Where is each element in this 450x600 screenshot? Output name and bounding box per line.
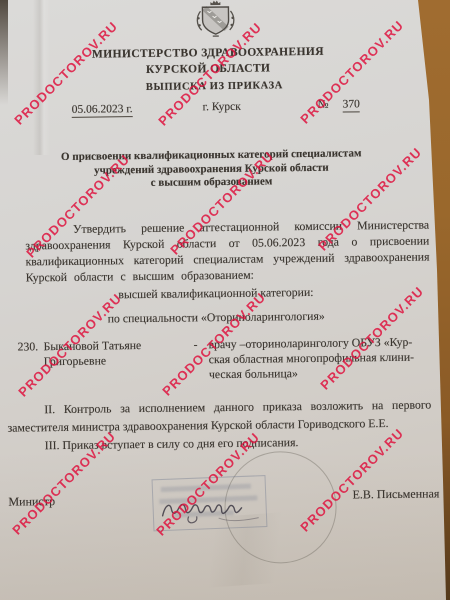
coat-of-arms-icon xyxy=(192,0,238,38)
desk-edge-shadow xyxy=(0,0,8,105)
specialist-entry: 230. Быкановой Татьяне Григорьевне - вра… xyxy=(0,334,430,339)
order-items: II. Контроль за исполнением данного прик… xyxy=(7,396,432,455)
entry-description: врачу –оториноларингологу ОБУЗ «Кур- ска… xyxy=(208,335,419,383)
document-number: №370 xyxy=(318,98,360,111)
signer-position: Министр xyxy=(8,494,55,510)
entry-name-line1: Быкановой Татьяне xyxy=(43,337,188,354)
signer-name: Е.В. Письменная xyxy=(352,486,439,502)
order-paragraph-1: Утвердить решение аттестационной комисси… xyxy=(25,217,430,286)
specialty-heading: по специальности «Оториноларингология» xyxy=(16,308,416,328)
entry-desc-line2: ская областная многопрофильная клини- xyxy=(209,350,419,368)
entry-name-line2: Григорьевне xyxy=(44,353,189,370)
entry-number: 230. xyxy=(17,339,38,354)
number-value: 370 xyxy=(343,98,360,112)
document-type-heading: ВЫПИСКА ИЗ ПРИКАЗА xyxy=(14,79,414,95)
order-title: О присвоении квалификационных категорий … xyxy=(11,147,411,193)
paper-sheet: МИНИСТЕРСТВО ЗДРАВООХРАНЕНИЯ КУРСКОЙ ОБЛ… xyxy=(0,0,450,600)
entry-name: Быкановой Татьяне Григорьевне xyxy=(43,337,188,369)
order-item-2: II. Контроль за исполнением данного прик… xyxy=(7,396,431,436)
category-heading: высшей квалификационной категории: xyxy=(16,284,416,304)
entry-separator: - xyxy=(193,337,197,352)
ministry-name: МИНИСТЕРСТВО ЗДРАВООХРАНЕНИЯ КУРСКОЙ ОБЛ… xyxy=(8,44,408,80)
document-city: г. Курск xyxy=(203,101,241,113)
document-date: 05.06.2023 г. xyxy=(72,103,133,116)
entry-desc-line3: ческая больница» xyxy=(209,365,419,383)
signature-scribble xyxy=(158,495,262,530)
document-photo: МИНИСТЕРСТВО ЗДРАВООХРАНЕНИЯ КУРСКОЙ ОБЛ… xyxy=(0,0,450,600)
document-content: МИНИСТЕРСТВО ЗДРАВООХРАНЕНИЯ КУРСКОЙ ОБЛ… xyxy=(0,0,450,600)
number-sign: № xyxy=(318,99,329,111)
